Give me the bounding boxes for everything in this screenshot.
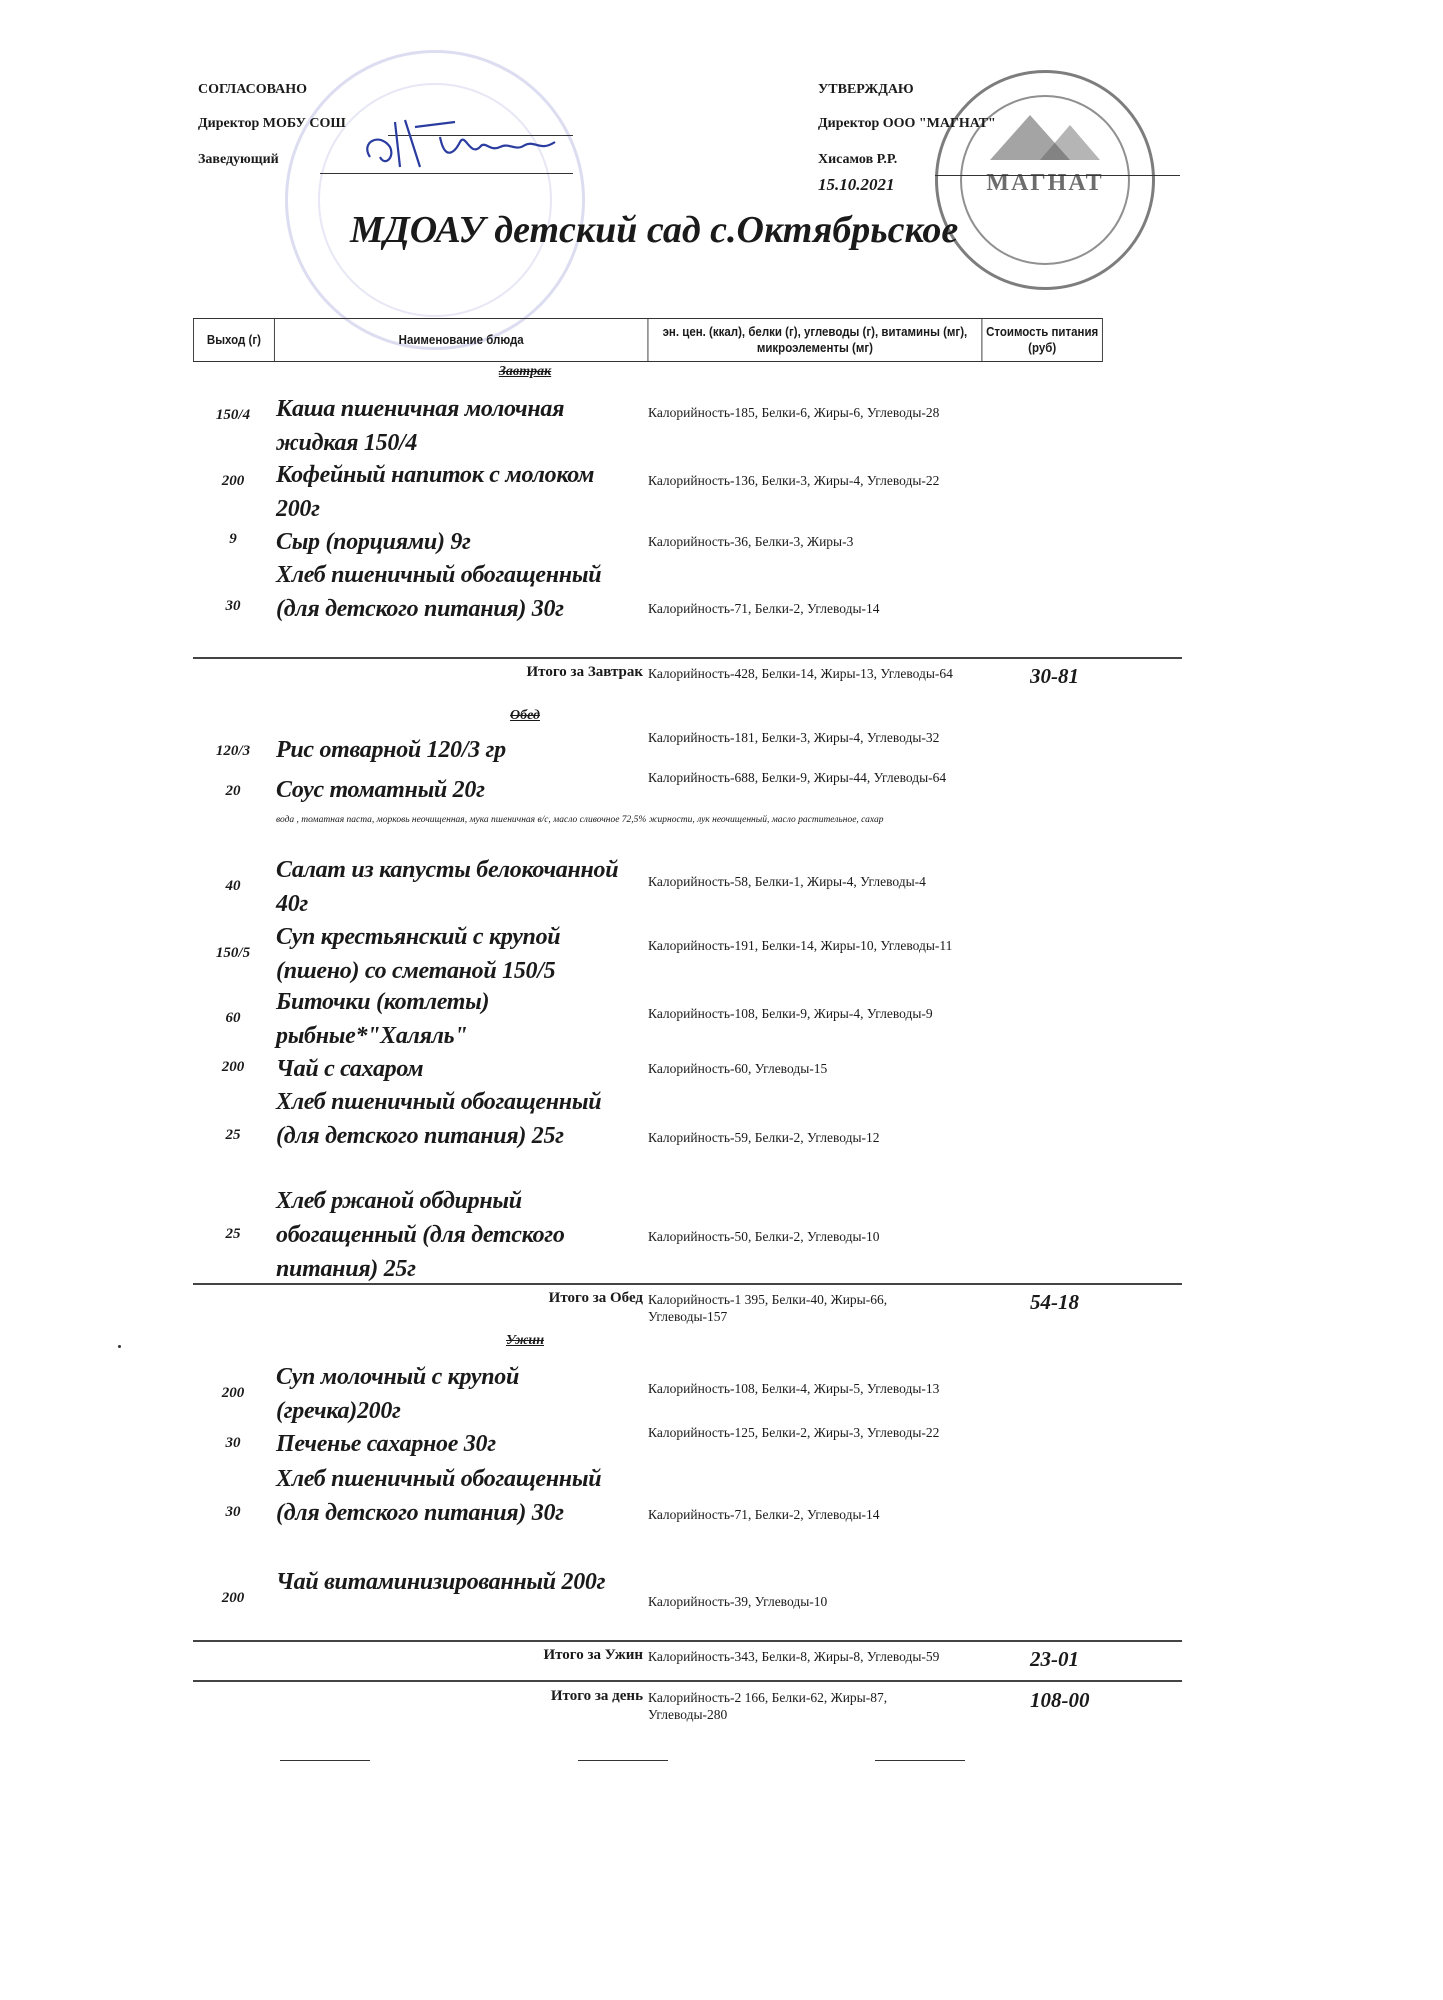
row-nutrition: Калорийность-39, Углеводы-10 bbox=[648, 1593, 968, 1610]
page-title: МДОАУ детский сад с.Октябрьское bbox=[350, 208, 958, 252]
row-dish: Хлеб пшеничный обогащенный (для детского… bbox=[276, 1462, 621, 1530]
row-qty: 150/4 bbox=[193, 407, 273, 424]
approval-right-position: Директор ООО "МАГНАТ" bbox=[818, 116, 996, 132]
day-total-nutrition: Калорийность-2 166, Белки-62, Жиры-87, У… bbox=[648, 1689, 968, 1723]
row-nutrition: Калорийность-71, Белки-2, Углеводы-14 bbox=[648, 1506, 968, 1523]
signature-line bbox=[935, 175, 1180, 176]
signature-icon bbox=[360, 112, 580, 172]
section-divider bbox=[193, 657, 1182, 659]
row-nutrition: Калорийность-185, Белки-6, Жиры-6, Углев… bbox=[648, 404, 968, 421]
row-nutrition: Калорийность-181, Белки-3, Жиры-4, Углев… bbox=[648, 729, 968, 746]
row-nutrition: Калорийность-688, Белки-9, Жиры-44, Угле… bbox=[648, 769, 968, 786]
row-dish: Салат из капусты белокочанной 40г bbox=[276, 853, 636, 921]
row-nutrition: Калорийность-108, Белки-9, Жиры-4, Углев… bbox=[648, 1005, 968, 1022]
section-divider bbox=[193, 1680, 1182, 1682]
footer-signature-line bbox=[280, 1760, 370, 1761]
section-title-breakfast: Завтрак bbox=[440, 364, 610, 380]
row-dish: Хлеб ржаной обдирный обогащенный (для де… bbox=[276, 1184, 621, 1286]
row-dish: Биточки (котлеты) рыбные*"Халяль" bbox=[276, 985, 596, 1053]
lunch-total-price: 54-18 bbox=[1030, 1290, 1140, 1315]
col-header-cost: Стоимость питания (руб) bbox=[982, 319, 1102, 361]
lunch-total-nutrition: Калорийность-1 395, Белки-40, Жиры-66, У… bbox=[648, 1291, 968, 1325]
approval-right-heading: УТВЕРЖДАЮ bbox=[818, 82, 914, 98]
day-total-price: 108-00 bbox=[1030, 1688, 1140, 1713]
row-qty: 200 bbox=[193, 1385, 273, 1402]
row-dish: Хлеб пшеничный обогащенный (для детского… bbox=[276, 558, 621, 626]
breakfast-total-nutrition: Калорийность-428, Белки-14, Жиры-13, Угл… bbox=[648, 665, 968, 682]
row-dish: Кофейный напиток с молоком 200г bbox=[276, 458, 636, 526]
lunch-total-label: Итого за Обед bbox=[193, 1290, 643, 1307]
signature-line bbox=[320, 173, 573, 174]
dinner-total-price: 23-01 bbox=[1030, 1647, 1140, 1672]
scan-speck bbox=[118, 1345, 121, 1348]
row-nutrition: Калорийность-60, Углеводы-15 bbox=[648, 1060, 968, 1077]
row-dish: Суп крестьянский с крупой (пшено) со сме… bbox=[276, 920, 646, 988]
row-nutrition: Калорийность-50, Белки-2, Углеводы-10 bbox=[648, 1228, 968, 1245]
row-qty: 150/5 bbox=[193, 945, 273, 962]
row-dish: Каша пшеничная молочная жидкая 150/4 bbox=[276, 392, 636, 460]
row-nutrition: Калорийность-71, Белки-2, Углеводы-14 bbox=[648, 600, 968, 617]
row-qty: 200 bbox=[193, 473, 273, 490]
row-qty: 20 bbox=[193, 783, 273, 800]
row-qty: 25 bbox=[193, 1226, 273, 1243]
row-nutrition: Калорийность-58, Белки-1, Жиры-4, Углево… bbox=[648, 873, 968, 890]
row-nutrition: Калорийность-108, Белки-4, Жиры-5, Углев… bbox=[648, 1380, 968, 1397]
row-dish: Чай с сахаром bbox=[276, 1052, 636, 1086]
footer-signature-line bbox=[578, 1760, 668, 1761]
row-nutrition: Калорийность-136, Белки-3, Жиры-4, Углев… bbox=[648, 472, 968, 489]
row-qty: 30 bbox=[193, 1435, 273, 1452]
row-nutrition: Калорийность-191, Белки-14, Жиры-10, Угл… bbox=[648, 937, 968, 954]
row-qty: 200 bbox=[193, 1059, 273, 1076]
dinner-total-label: Итого за Ужин bbox=[193, 1647, 643, 1664]
row-qty: 40 bbox=[193, 878, 273, 895]
day-total-label: Итого за день bbox=[193, 1688, 643, 1705]
row-qty: 120/3 bbox=[193, 743, 273, 760]
row-nutrition: Калорийность-125, Белки-2, Жиры-3, Углев… bbox=[648, 1424, 968, 1441]
breakfast-total-label: Итого за Завтрак bbox=[193, 664, 643, 681]
col-header-dish: Наименование блюда bbox=[275, 319, 649, 361]
row-dish: Чай витаминизированный 200г bbox=[276, 1565, 621, 1599]
school-stamp bbox=[285, 50, 585, 350]
row-nutrition: Калорийность-36, Белки-3, Жиры-3 bbox=[648, 533, 968, 550]
approval-right-name: Хисамов Р.Р. bbox=[818, 152, 897, 168]
col-header-nutrition: эн. цен. (ккал), белки (г), углеводы (г)… bbox=[648, 319, 982, 361]
row-dish: Печенье сахарное 30г bbox=[276, 1427, 636, 1461]
row-dish: Сыр (порциями) 9г bbox=[276, 525, 636, 559]
row-dish: Рис отварной 120/3 гр bbox=[276, 733, 636, 767]
section-title-lunch: Обед bbox=[440, 708, 610, 724]
row-qty: 25 bbox=[193, 1127, 273, 1144]
dinner-total-nutrition: Калорийность-343, Белки-8, Жиры-8, Углев… bbox=[648, 1648, 968, 1665]
col-header-output: Выход (г) bbox=[194, 319, 275, 361]
row-dish: Суп молочный с крупой (гречка)200г bbox=[276, 1360, 596, 1428]
section-title-dinner: Ужин bbox=[440, 1333, 610, 1349]
stamp-mountain-icon bbox=[1040, 125, 1100, 160]
section-divider bbox=[193, 1640, 1182, 1642]
section-divider bbox=[193, 1283, 1182, 1285]
row-dish: Хлеб пшеничный обогащенный (для детского… bbox=[276, 1085, 621, 1153]
table-header: Выход (г) Наименование блюда эн. цен. (к… bbox=[193, 318, 1103, 362]
row-qty: 9 bbox=[193, 531, 273, 548]
footer-signature-line bbox=[875, 1760, 965, 1761]
row-qty: 30 bbox=[193, 598, 273, 615]
row-dish: Соус томатный 20г bbox=[276, 773, 636, 807]
row-qty: 60 bbox=[193, 1010, 273, 1027]
row-nutrition: Калорийность-59, Белки-2, Углеводы-12 bbox=[648, 1129, 968, 1146]
approval-left-role: Заведующий bbox=[198, 152, 279, 168]
row-qty: 30 bbox=[193, 1504, 273, 1521]
row-qty: 200 bbox=[193, 1590, 273, 1607]
row-ingredients: вода , томатная паста, морковь неочищенн… bbox=[276, 813, 996, 827]
breakfast-total-price: 30-81 bbox=[1030, 664, 1140, 689]
approval-date: 15.10.2021 bbox=[818, 175, 895, 195]
approval-left-heading: СОГЛАСОВАНО bbox=[198, 82, 307, 98]
approval-left-position: Директор МОБУ СОШ bbox=[198, 116, 346, 132]
